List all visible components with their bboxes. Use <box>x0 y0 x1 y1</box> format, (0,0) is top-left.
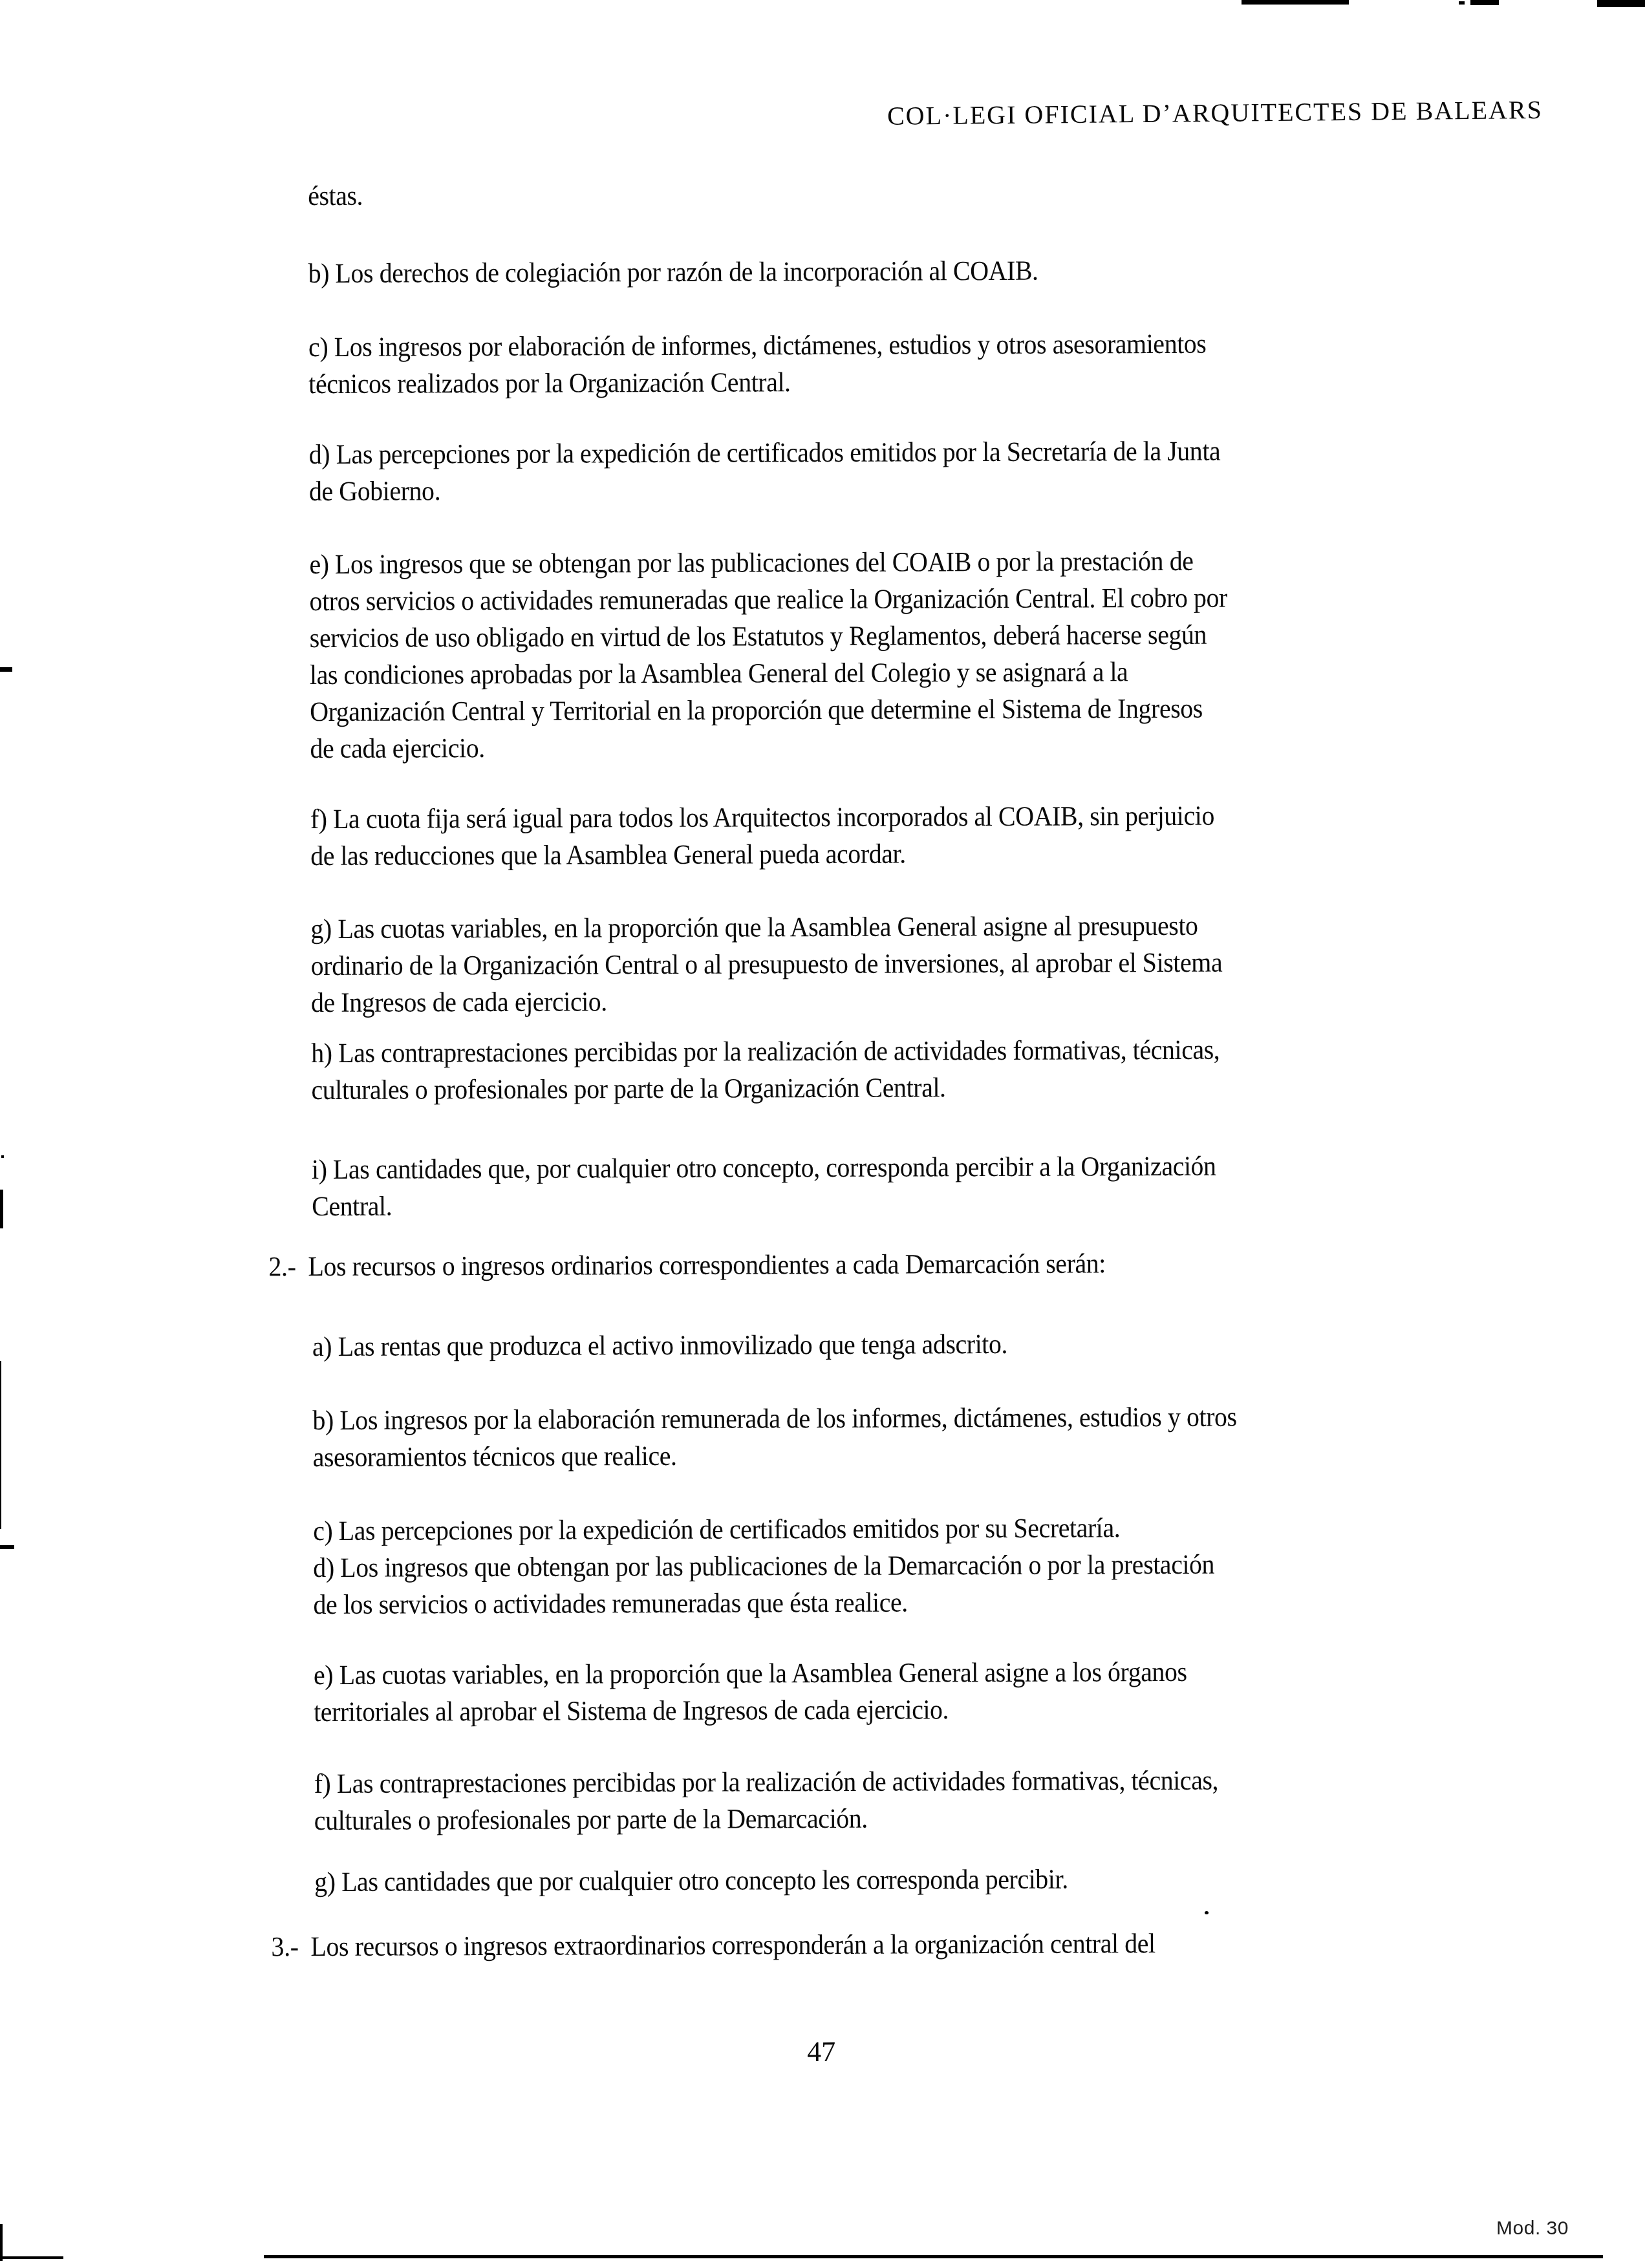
scan-artifact-stray-dot <box>1205 1911 1209 1914</box>
paragraph-2f: f) Las contraprestaciones percibidas por… <box>314 1761 1456 1839</box>
scan-artifact-top-line-1 <box>1242 0 1349 5</box>
paragraph-2g: g) Las cantidades que por cualquier otro… <box>314 1859 1457 1901</box>
paragraph-item-3: 3.- Los recursos o ingresos extraordinar… <box>271 1924 1450 1965</box>
paragraph-1f: f) La cuota fija será igual para todos l… <box>310 797 1453 875</box>
paragraph-2c-2d: c) Las percepciones por la expedición de… <box>313 1508 1456 1623</box>
document-body: éstas. b) Los derechos de colegiación po… <box>0 0 1645 2268</box>
paragraph-1g: g) Las cuotas variables, en la proporció… <box>310 906 1454 1022</box>
paragraph-1e: e) Los ingresos que se obtengan por las … <box>309 542 1452 767</box>
scan-artifact-top-line-2 <box>1459 1 1465 5</box>
paragraph-1b: b) Los derechos de colegiación por razón… <box>308 251 1451 292</box>
form-code-label: Mod. 30 <box>1496 2218 1569 2240</box>
scan-artifact-left-dash-2 <box>0 1545 14 1549</box>
document-page: COL·LEGI OFICIAL D’ARQUITECTES DE BALEAR… <box>0 0 1645 2268</box>
scan-artifact-top-line-3 <box>1470 0 1499 5</box>
paragraph-2e: e) Las cuotas variables, en la proporció… <box>314 1653 1456 1731</box>
scan-artifact-top-corner <box>1597 0 1645 7</box>
scan-artifact-left-bar <box>0 1190 3 1228</box>
scan-artifact-bottom-left-sliver <box>0 2224 3 2261</box>
paragraph-1i: i) Las cantidades que, por cualquier otr… <box>312 1147 1454 1225</box>
paragraph-2b: b) Los ingresos por la elaboración remun… <box>312 1398 1455 1476</box>
scan-artifact-left-dot-1 <box>1 1155 4 1158</box>
paragraph-1h: h) Las contraprestaciones percibidas por… <box>311 1031 1454 1109</box>
scan-artifact-bottom-short-line <box>0 2256 63 2259</box>
scan-artifact-left-vline <box>0 1361 1 1529</box>
paragraph-2a: a) Las rentas que produzca el activo inm… <box>312 1324 1455 1365</box>
paragraph-item-2: 2.- Los recursos o ingresos ordinarios c… <box>268 1244 1447 1285</box>
paragraph-1c: c) Los ingresos por elaboración de infor… <box>308 325 1451 403</box>
paragraph-1d: d) Las percepciones por la expedición de… <box>309 432 1452 510</box>
scan-artifact-bottom-rule <box>264 2255 1603 2258</box>
page-number: 47 <box>782 2035 860 2068</box>
scan-artifact-left-dash-1 <box>0 667 12 672</box>
paragraph-intro-fragment: éstas. <box>308 173 1450 215</box>
